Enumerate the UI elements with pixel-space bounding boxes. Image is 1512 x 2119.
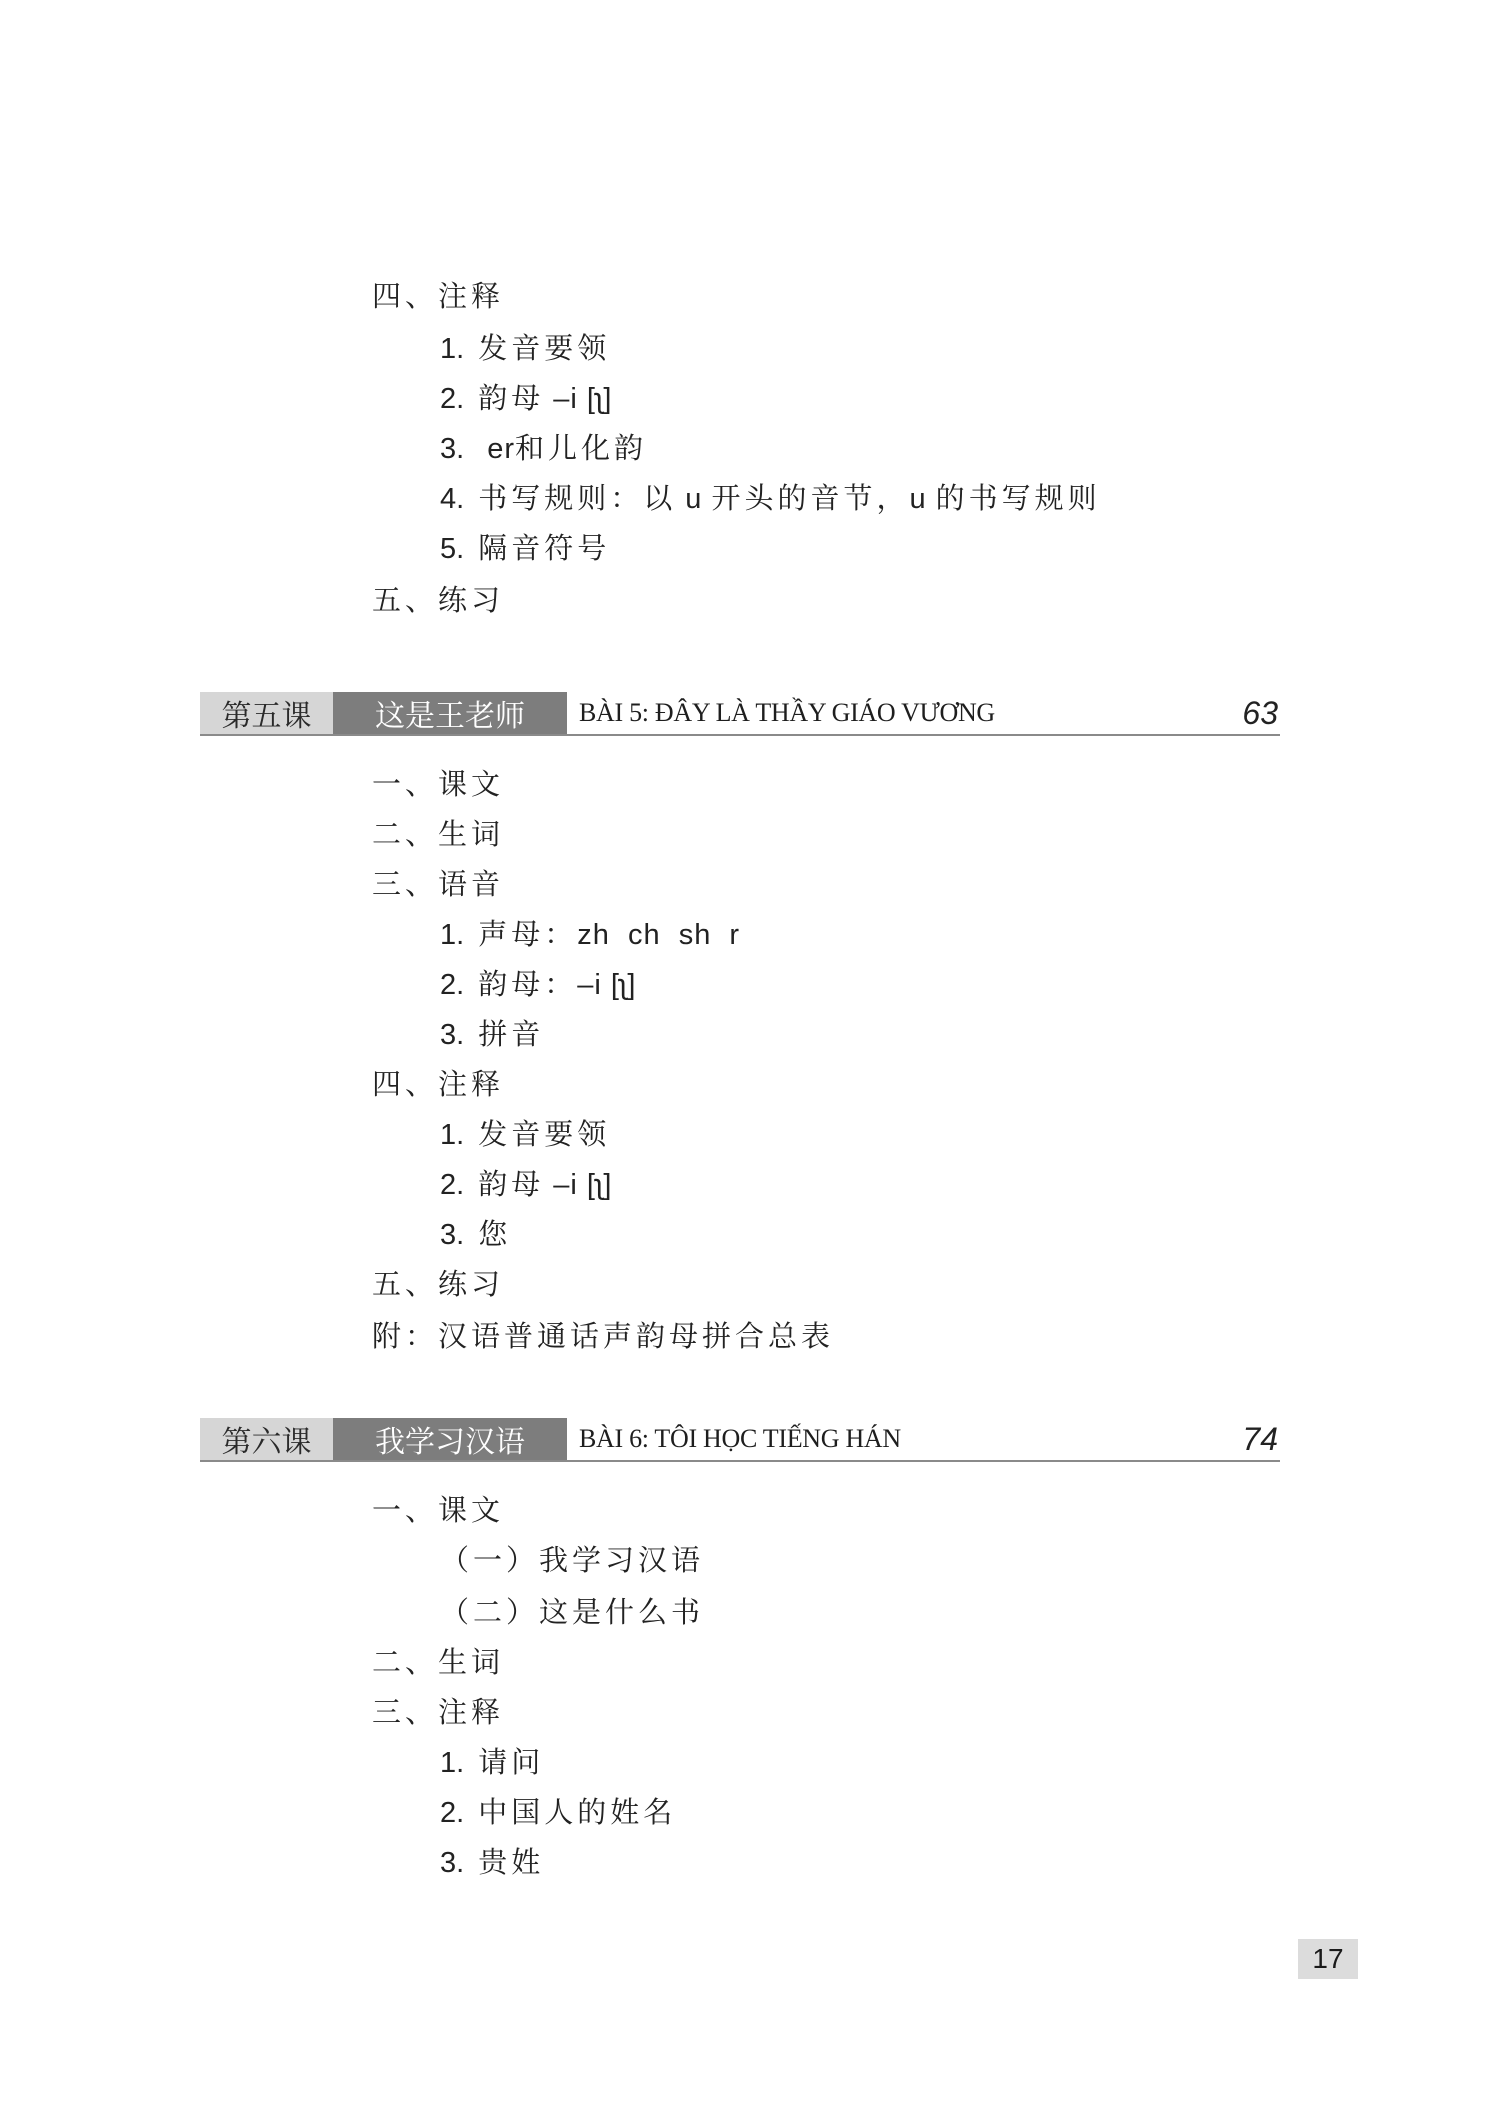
lesson-6-header[interactable]: 第六课 我学习汉语 BÀI 6: TÔI HỌC TIẾNG HÁN 74 — [200, 1418, 1280, 1462]
toc-entry[interactable]: 一、课文 — [372, 766, 504, 802]
toc-subentry-phonetic: u — [909, 483, 935, 515]
lesson-5-header[interactable]: 第五课 这是王老师 BÀI 5: ĐÂY LÀ THẦY GIÁO VƯƠNG … — [200, 692, 1280, 736]
toc-entry[interactable]: 四、注释 — [372, 278, 504, 314]
toc-subentry-number: 1. — [440, 331, 464, 367]
page-number-badge: 17 — [1298, 1939, 1358, 1979]
lesson-page-number: 74 — [1242, 1418, 1280, 1460]
toc-entry[interactable]: 三、注释 — [372, 1694, 504, 1730]
toc-subentry[interactable]: 2.韵母 –i [ʅ] — [440, 380, 612, 417]
toc-subentry[interactable]: 4.书写规则：以 u 开头的音节，u 的书写规则 — [440, 480, 1101, 517]
toc-subentry-text: 和儿化韵 — [515, 431, 647, 465]
toc-entry-text: 一、课文 — [372, 767, 504, 801]
toc-subentry[interactable]: 1.声母：zh ch sh r — [440, 916, 740, 953]
toc-subentry[interactable]: 3.贵姓 — [440, 1844, 544, 1881]
toc-subentry-text: 隔音符号 — [478, 531, 610, 565]
toc-subentry[interactable]: （二）这是什么书 — [440, 1594, 704, 1630]
toc-subentry[interactable]: 1.发音要领 — [440, 330, 610, 367]
toc-subentry-number: 3. — [440, 1017, 464, 1053]
toc-subentry-text: 韵母： — [478, 967, 577, 1001]
toc-subentry[interactable]: 1.请问 — [440, 1744, 544, 1781]
toc-subentry-text: 韵母 — [478, 381, 544, 415]
toc-subentry-text: 拼音 — [478, 1017, 544, 1051]
toc-subentry-text: 书写规则：以 — [478, 481, 676, 515]
toc-subentry-phonetic: –i [ʅ] — [544, 383, 612, 415]
toc-subentry[interactable]: 1.发音要领 — [440, 1116, 610, 1153]
toc-subentry[interactable]: 2.韵母：–i [ʅ] — [440, 966, 636, 1003]
toc-entry[interactable]: 二、生词 — [372, 1644, 504, 1680]
lesson-title-vietnamese: BÀI 5: ĐÂY LÀ THẦY GIÁO VƯƠNG — [567, 692, 1242, 734]
toc-subentry-text: 发音要领 — [478, 1117, 610, 1151]
toc-subentry[interactable]: （一）我学习汉语 — [440, 1542, 704, 1578]
toc-subentry-text: 发音要领 — [478, 331, 610, 365]
toc-subentry-number: 1. — [440, 1117, 464, 1153]
lesson-number-label: 第六课 — [200, 1418, 333, 1460]
toc-subentry-text: 您 — [478, 1217, 511, 1251]
toc-subentry-number: 5. — [440, 531, 464, 567]
toc-subentry[interactable]: 2.韵母 –i [ʅ] — [440, 1166, 612, 1203]
toc-entry[interactable]: 四、注释 — [372, 1066, 504, 1102]
toc-entry-text: 三、注释 — [372, 1695, 504, 1729]
lesson-number-label: 第五课 — [200, 692, 333, 734]
toc-entry-text: 二、生词 — [372, 817, 504, 851]
toc-subentry-number: 3. — [440, 1845, 464, 1881]
toc-entry-text: 二、生词 — [372, 1645, 504, 1679]
toc-subentry-text: 的书写规则 — [936, 481, 1101, 515]
toc-entry-appendix[interactable]: 附：汉语普通话声韵母拼合总表 — [372, 1318, 834, 1354]
toc-subentry[interactable]: 5.隔音符号 — [440, 530, 610, 567]
toc-entry-text: 一、课文 — [372, 1493, 504, 1527]
toc-subentry-text: （一）我学习汉语 — [440, 1543, 704, 1577]
toc-entry[interactable]: 五、练习 — [372, 582, 504, 618]
toc-subentry-number: 2. — [440, 381, 464, 417]
toc-subentry-text: 请问 — [478, 1745, 544, 1779]
lesson-page-number: 63 — [1242, 692, 1280, 734]
toc-subentry-phonetic: zh ch sh r — [577, 919, 740, 951]
toc-entry-text: 附：汉语普通话声韵母拼合总表 — [372, 1319, 834, 1353]
toc-subentry-number: 1. — [440, 917, 464, 953]
toc-subentry-number: 3. — [440, 1217, 464, 1253]
toc-subentry[interactable]: 3.您 — [440, 1216, 511, 1253]
toc-subentry-number: 2. — [440, 967, 464, 1003]
toc-subentry-phonetic: er — [478, 433, 515, 465]
toc-entry[interactable]: 三、语音 — [372, 866, 504, 902]
toc-subentry-number: 3. — [440, 431, 464, 467]
toc-entry-text: 五、练习 — [372, 583, 504, 617]
toc-subentry-phonetic: u — [676, 483, 711, 515]
toc-subentry-number: 2. — [440, 1795, 464, 1831]
toc-entry-text: 五、练习 — [372, 1267, 504, 1301]
toc-subentry-text: 韵母 — [478, 1167, 544, 1201]
toc-subentry-text: 开头的音节， — [711, 481, 909, 515]
toc-subentry-text: 声母： — [478, 917, 577, 951]
toc-subentry-text: 贵姓 — [478, 1845, 544, 1879]
lesson-title-vietnamese: BÀI 6: TÔI HỌC TIẾNG HÁN — [567, 1418, 1242, 1460]
toc-entry-text: 四、注释 — [372, 279, 504, 313]
lesson-title-chinese: 我学习汉语 — [333, 1418, 567, 1460]
toc-subentry-phonetic: –i [ʅ] — [577, 969, 636, 1001]
toc-subentry-number: 1. — [440, 1745, 464, 1781]
toc-subentry[interactable]: 2.中国人的姓名 — [440, 1794, 676, 1831]
toc-subentry-number: 2. — [440, 1167, 464, 1203]
toc-subentry-number: 4. — [440, 481, 464, 517]
toc-subentry[interactable]: 3. er和儿化韵 — [440, 430, 647, 467]
toc-entry[interactable]: 一、课文 — [372, 1492, 504, 1528]
toc-entry[interactable]: 五、练习 — [372, 1266, 504, 1302]
toc-entry[interactable]: 二、生词 — [372, 816, 504, 852]
toc-subentry-phonetic: –i [ʅ] — [544, 1169, 612, 1201]
toc-entry-text: 三、语音 — [372, 867, 504, 901]
toc-subentry-text: （二）这是什么书 — [440, 1595, 704, 1629]
toc-entry-text: 四、注释 — [372, 1067, 504, 1101]
toc-subentry-text: 中国人的姓名 — [478, 1795, 676, 1829]
toc-subentry[interactable]: 3.拼音 — [440, 1016, 544, 1053]
lesson-title-chinese: 这是王老师 — [333, 692, 567, 734]
